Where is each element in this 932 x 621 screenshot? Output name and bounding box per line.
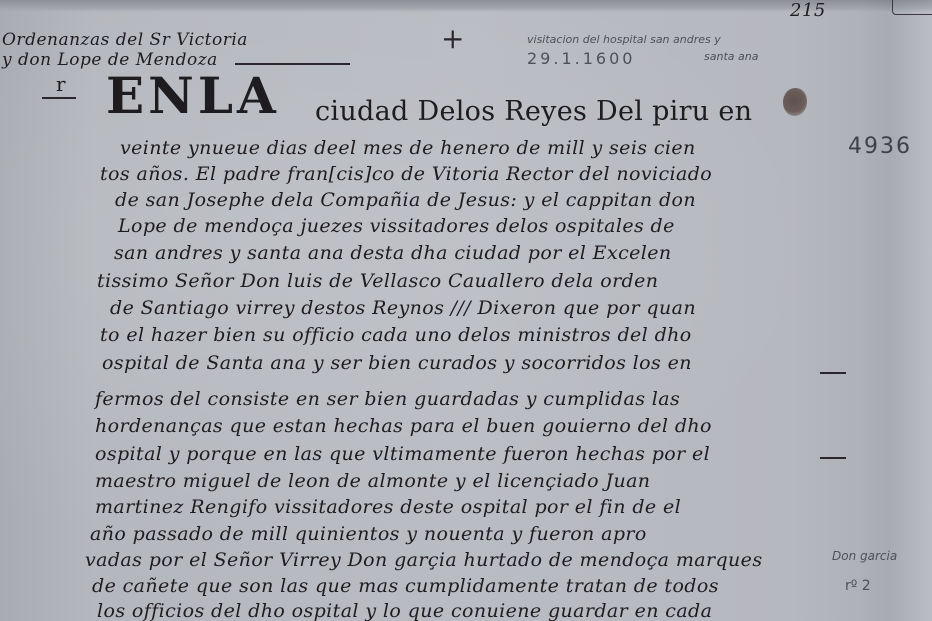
body-line: de cañete que son las que mas cumplidame… <box>92 575 719 597</box>
margin-note-1: Don garcia <box>832 549 897 563</box>
heading-line-1: Ordenanzas del Sr Victoria <box>2 30 248 50</box>
line-filler-dash <box>820 457 846 459</box>
margin-note-2: rº 2 <box>845 578 871 594</box>
body-line: martinez Rengifo vissitadores deste ospi… <box>95 496 681 518</box>
body-line: de san Josephe dela Compañia de Jesus: y… <box>115 189 696 211</box>
paper-fold-shadow <box>860 0 932 621</box>
incipit-capitals: ENLA <box>106 66 280 125</box>
ink-stain <box>783 88 807 116</box>
incipit-continuation: ciudad Delos Reyes Del piru en <box>315 96 752 127</box>
archival-note-description: visitacion del hospital san andres y <box>527 33 721 46</box>
body-line: tos años. El padre fran[cis]co de Vitori… <box>100 163 712 185</box>
body-line: los officios del dho ospital y lo que co… <box>97 600 712 621</box>
paragraph-mark: r <box>56 72 66 96</box>
heading-underline <box>235 63 350 65</box>
body-line: ospital y porque en las que vltimamente … <box>95 443 710 465</box>
folio-number: 215 <box>790 0 826 21</box>
cross-symbol: + <box>441 22 465 55</box>
body-line: hordenanças que estan hechas para el bue… <box>95 415 712 437</box>
folio-box-mark <box>892 0 932 15</box>
archival-note-date: 29.1.1600 <box>527 49 635 68</box>
body-line: veinte ynueue dias deel mes de henero de… <box>120 137 696 159</box>
body-line: fermos del consiste en ser bien guardada… <box>95 388 680 410</box>
body-line: de Santiago virrey destos Reynos /// Dix… <box>110 297 696 319</box>
body-line: ospital de Santa ana y ser bien curados … <box>102 352 692 374</box>
body-line: san andres y santa ana desta dha ciudad … <box>114 242 672 264</box>
archival-note-description-2: santa ana <box>704 50 758 63</box>
body-line: tissimo Señor Don luis de Vellasco Caual… <box>97 270 658 292</box>
body-line: Lope de mendoça juezes vissitadores delo… <box>118 215 675 237</box>
body-line: to el hazer bien su officio cada uno del… <box>100 324 692 346</box>
body-line: año passado de mill quinientos y nouenta… <box>90 523 647 545</box>
paragraph-mark-underline <box>42 97 76 99</box>
body-line: vadas por el Señor Virrey Don garçia hur… <box>85 549 762 571</box>
line-filler-dash <box>820 372 846 374</box>
body-line: maestro miguel de leon de almonte y el l… <box>95 470 650 492</box>
manuscript-page: Ordenanzas del Sr Victoria y don Lope de… <box>0 0 932 621</box>
catalog-number: 4936 <box>848 134 912 159</box>
